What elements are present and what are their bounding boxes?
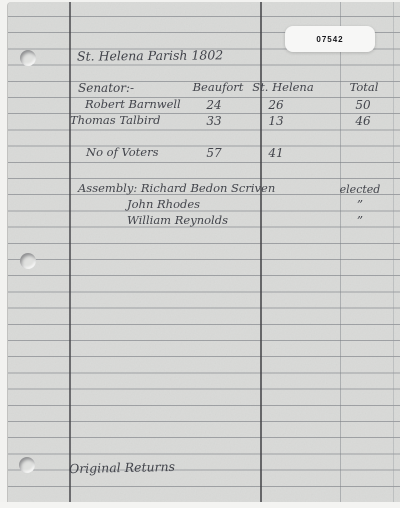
- far-right-column-rule: [393, 2, 394, 502]
- right-column-rule: [340, 2, 341, 502]
- senator-total-votes: 50: [341, 99, 385, 111]
- assembly-member-status: elected: [334, 184, 386, 195]
- senator-beaufort-votes: 33: [194, 115, 234, 127]
- hole-punch-bottom: [19, 457, 35, 473]
- senator-section-label: Senator:-: [78, 82, 134, 94]
- center-column-rule: [260, 2, 262, 502]
- catalog-sticker: 07542: [285, 26, 375, 52]
- catalog-number: 07542: [316, 35, 343, 44]
- senator-total-votes: 46: [341, 115, 385, 127]
- left-margin-rule: [69, 2, 71, 502]
- column-header-beaufort: Beaufort: [192, 82, 244, 94]
- assembly-member-name: William Reynolds: [127, 215, 228, 227]
- assembly-line: Assembly: Richard Bedon Scriven: [78, 183, 275, 195]
- assembly-member-status-ditto: ”: [334, 199, 386, 211]
- assembly-member-name: John Rhodes: [127, 199, 200, 211]
- scanned-document: 07542 St. Helena Parish 1802 Senator:- B…: [0, 0, 400, 508]
- senator-st-helena-votes: 13: [256, 115, 296, 127]
- column-header-st-helena: St. Helena: [252, 82, 314, 94]
- voters-beaufort-count: 57: [194, 147, 234, 159]
- scan-bottom-edge: [0, 502, 400, 508]
- hole-punch-top: [20, 50, 36, 66]
- senator-name: Robert Barnwell: [85, 99, 181, 111]
- page-title: St. Helena Parish 1802: [77, 49, 223, 63]
- voters-label: No of Voters: [86, 147, 158, 159]
- senator-name: Thomas Talbird: [70, 115, 161, 127]
- voters-st-helena-count: 41: [256, 147, 296, 159]
- ledger-paper: 07542 St. Helena Parish 1802 Senator:- B…: [7, 2, 400, 502]
- assembly-section-label: Assembly:: [78, 181, 137, 195]
- hole-punch-middle: [20, 253, 36, 269]
- footer-note: Original Returns: [69, 461, 175, 476]
- senator-beaufort-votes: 24: [194, 99, 234, 111]
- assembly-member-name: Richard Bedon Scriven: [141, 181, 275, 195]
- column-header-total: Total: [338, 82, 390, 94]
- assembly-member-status-ditto: ”: [334, 215, 386, 227]
- senator-st-helena-votes: 26: [256, 99, 296, 111]
